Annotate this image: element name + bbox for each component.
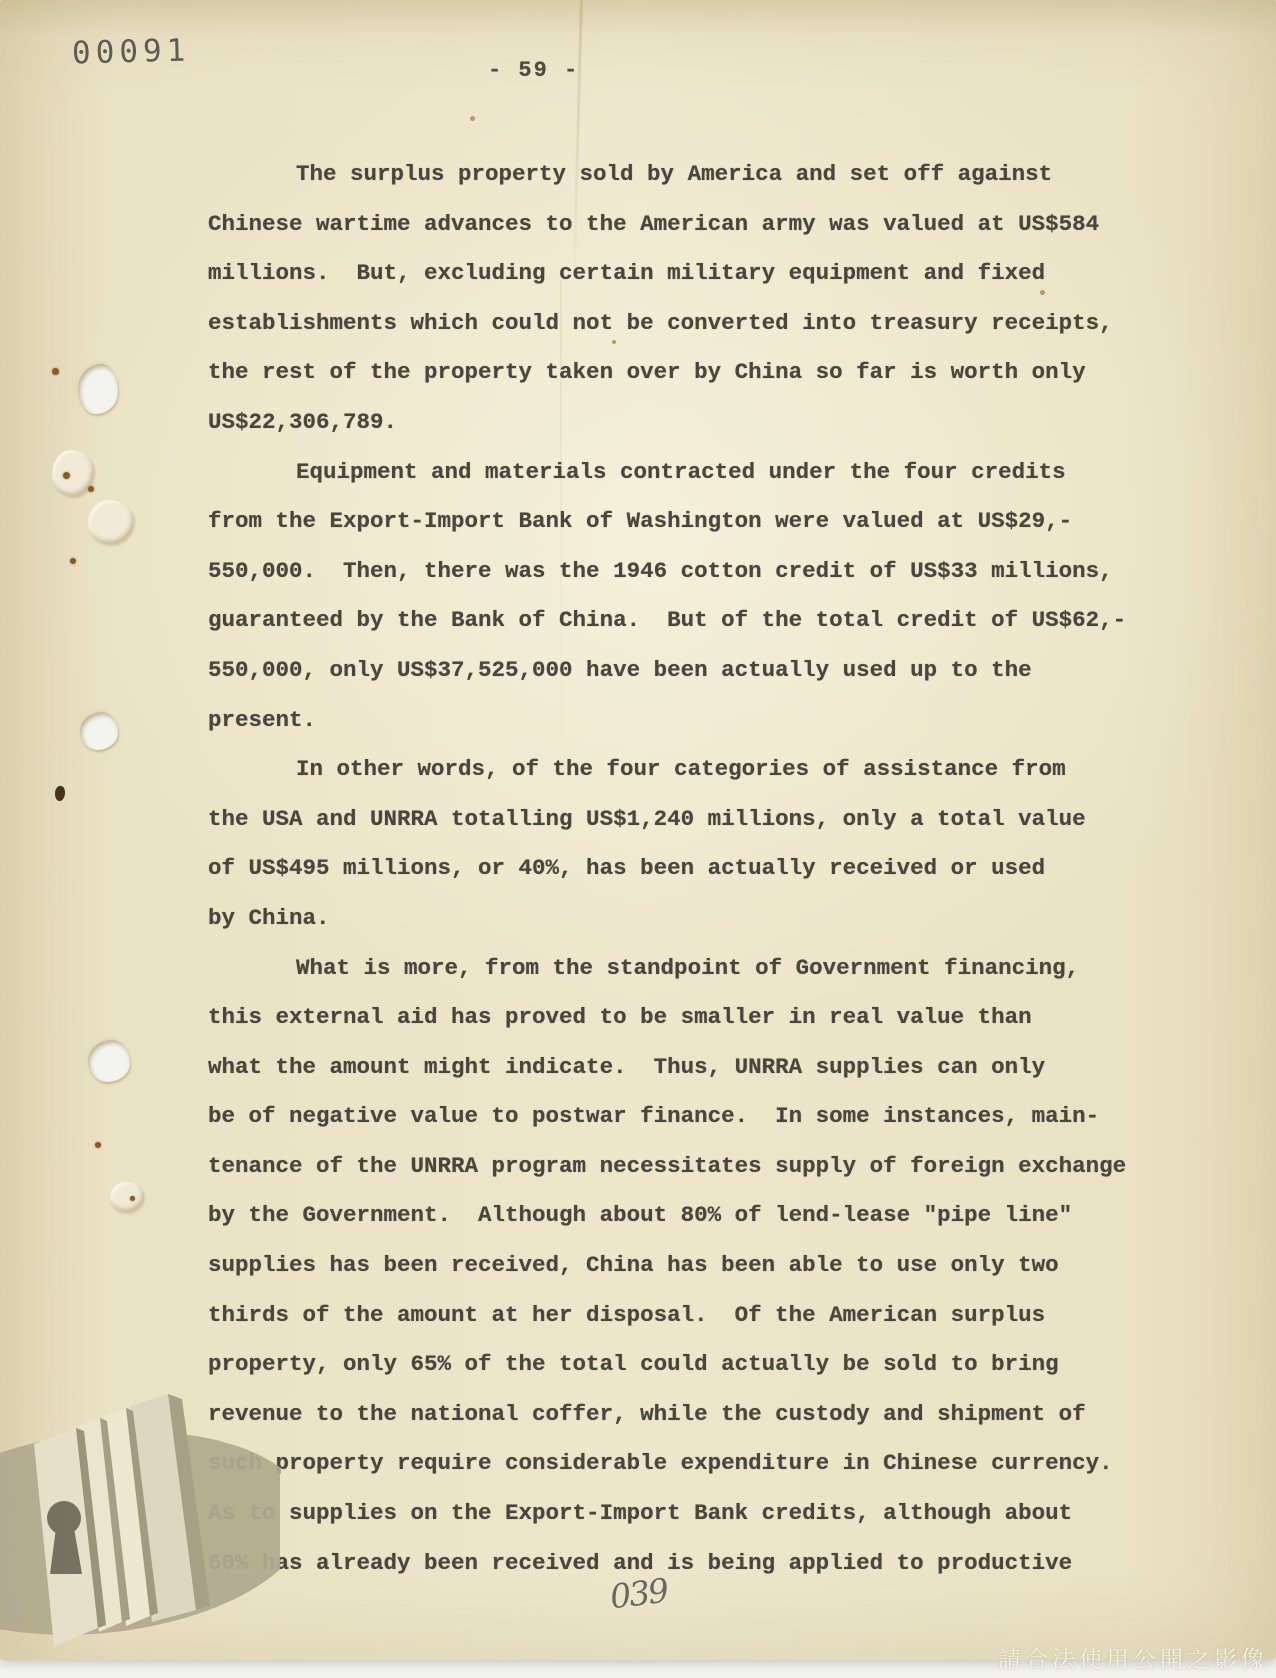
rust-spot xyxy=(70,558,76,564)
paper-freckle xyxy=(1040,290,1045,295)
text-line: supplies has been received, China has be… xyxy=(208,1241,1168,1291)
rust-spot xyxy=(95,1142,101,1148)
text-line: 60% has already been received and is bei… xyxy=(208,1539,1168,1589)
text-line: establishments which could not be conver… xyxy=(208,299,1168,349)
text-line: guaranteed by the Bank of China. But of … xyxy=(208,596,1168,646)
paper-tear xyxy=(110,1182,144,1212)
archive-logo-icon xyxy=(0,1378,280,1678)
paper-hole xyxy=(88,1040,130,1082)
text-line: property, only 65% of the total could ac… xyxy=(208,1340,1168,1390)
paper-freckle xyxy=(470,116,475,121)
text-line: In other words, of the four categories o… xyxy=(208,745,1168,795)
document-body: The surplus property sold by America and… xyxy=(208,150,1168,1588)
text-line: 550,000, only US$37,525,000 have been ac… xyxy=(208,646,1168,696)
paper-hole xyxy=(80,712,118,750)
text-line: revenue to the national coffer, while th… xyxy=(208,1390,1168,1440)
text-line: from the Export-Import Bank of Washingto… xyxy=(208,497,1168,547)
text-line: thirds of the amount at her disposal. Of… xyxy=(208,1291,1168,1341)
text-line: Chinese wartime advances to the American… xyxy=(208,200,1168,250)
page-number: - 59 - xyxy=(488,58,579,83)
text-line: US$22,306,789. xyxy=(208,398,1168,448)
rust-spot xyxy=(88,486,94,492)
text-line: the USA and UNRRA totalling US$1,240 mil… xyxy=(208,795,1168,845)
archive-stamp-number: 00091 xyxy=(72,32,191,71)
copyright-watermark: 請合法使用公開之影像 xyxy=(998,1641,1268,1674)
paper-hole xyxy=(78,364,118,414)
text-line: the rest of the property taken over by C… xyxy=(208,348,1168,398)
text-line: 550,000. Then, there was the 1946 cotton… xyxy=(208,547,1168,597)
rust-spot xyxy=(52,368,59,375)
text-line: As to supplies on the Export-Import Bank… xyxy=(208,1489,1168,1539)
text-line: Equipment and materials contracted under… xyxy=(208,448,1168,498)
text-line: present. xyxy=(208,696,1168,746)
handwritten-folio: 039 xyxy=(608,1571,669,1617)
text-line: be of negative value to postwar finance.… xyxy=(208,1092,1168,1142)
text-line: by the Government. Although about 80% of… xyxy=(208,1191,1168,1241)
text-line: millions. But, excluding certain militar… xyxy=(208,249,1168,299)
text-line: What is more, from the standpoint of Gov… xyxy=(208,944,1168,994)
text-line: The surplus property sold by America and… xyxy=(208,150,1168,200)
rust-spot xyxy=(63,472,70,479)
paper-freckle xyxy=(612,340,616,344)
text-line: tenance of the UNRRA program necessitate… xyxy=(208,1142,1168,1192)
ink-blot xyxy=(55,786,65,801)
paper-sheet: 00091 - 59 - The surplus property sold b… xyxy=(0,0,1276,1660)
scanned-page: 00091 - 59 - The surplus property sold b… xyxy=(0,0,1276,1678)
text-line: this external aid has proved to be small… xyxy=(208,993,1168,1043)
paper-tear xyxy=(88,500,134,544)
text-line: of US$495 millions, or 40%, has been act… xyxy=(208,844,1168,894)
text-line: what the amount might indicate. Thus, UN… xyxy=(208,1043,1168,1093)
rust-spot xyxy=(130,1196,135,1201)
text-line: such property require considerable expen… xyxy=(208,1439,1168,1489)
text-line: by China. xyxy=(208,894,1168,944)
